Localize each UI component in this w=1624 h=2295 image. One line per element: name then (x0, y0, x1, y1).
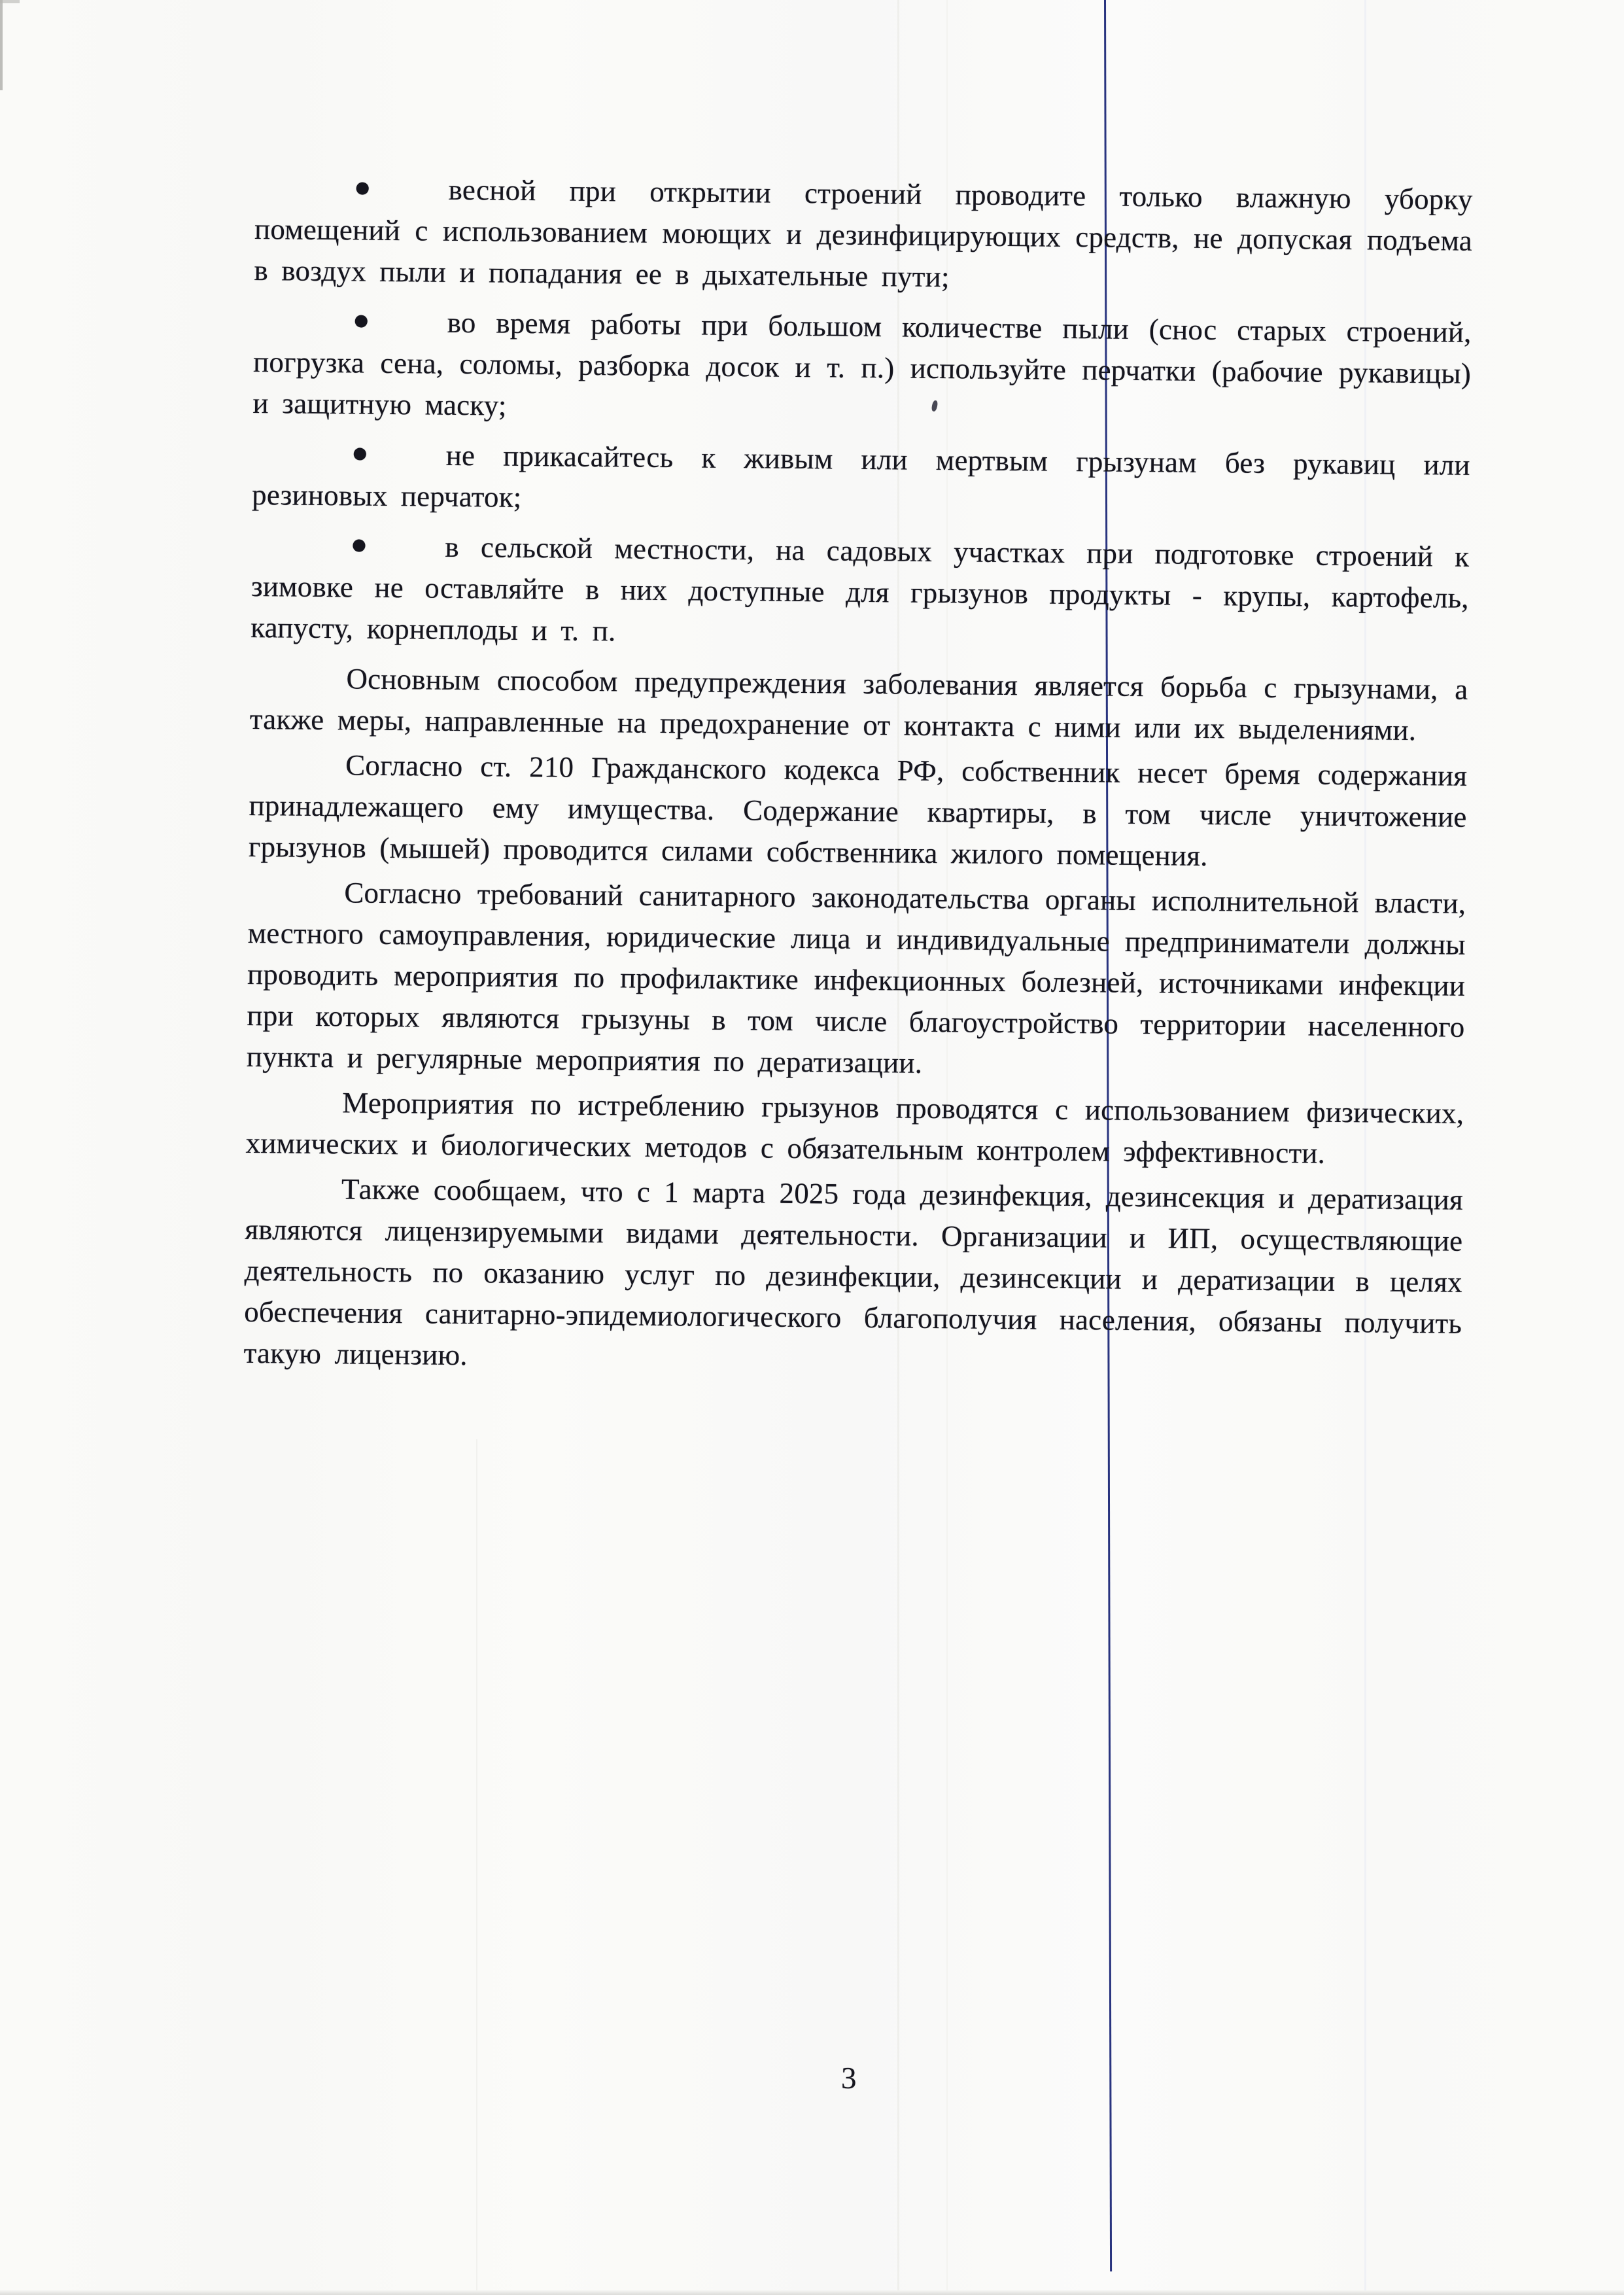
paragraph: Основным способом предупреждения заболев… (250, 657, 1468, 752)
bullet-marker (353, 539, 365, 552)
bullet-text: весной при открытии строений проводите т… (254, 173, 1473, 293)
paragraph: Согласно ст. 210 Гражданского кодекса РФ… (249, 744, 1468, 879)
paragraph: Также сообщаем, что с 1 марта 2025 года … (243, 1168, 1463, 1386)
bullet-marker (354, 447, 366, 460)
bullet-text: в сельской местности, на садовых участка… (251, 531, 1470, 648)
bullet-item: во время работы при большом количестве п… (252, 300, 1472, 436)
bullet-item: весной при открытии строений проводите т… (254, 167, 1473, 303)
bullet-marker (355, 315, 368, 327)
scan-edge-mark (0, 0, 3, 90)
page-number: 3 (841, 2061, 857, 2096)
bullet-text: во время работы при большом количестве п… (252, 306, 1472, 422)
scan-edge-mark (0, 0, 20, 3)
scanned-page: весной при открытии строений проводите т… (0, 0, 1624, 2295)
bullet-text: не прикасайтесь к живым или мертвым грыз… (252, 439, 1470, 514)
paragraph: Мероприятия по истреблению грызунов пров… (245, 1081, 1464, 1176)
scan-streak (476, 1439, 477, 2295)
scan-bottom-edge (0, 2290, 1624, 2295)
bullet-item: не прикасайтесь к живым или мертвым грыз… (252, 433, 1470, 527)
paragraph: Согласно требований санитарного законода… (247, 871, 1466, 1089)
bullet-item: в сельской местности, на садовых участка… (251, 525, 1470, 660)
document-body: весной при открытии строений проводите т… (243, 167, 1473, 1390)
bullet-marker (356, 182, 369, 194)
